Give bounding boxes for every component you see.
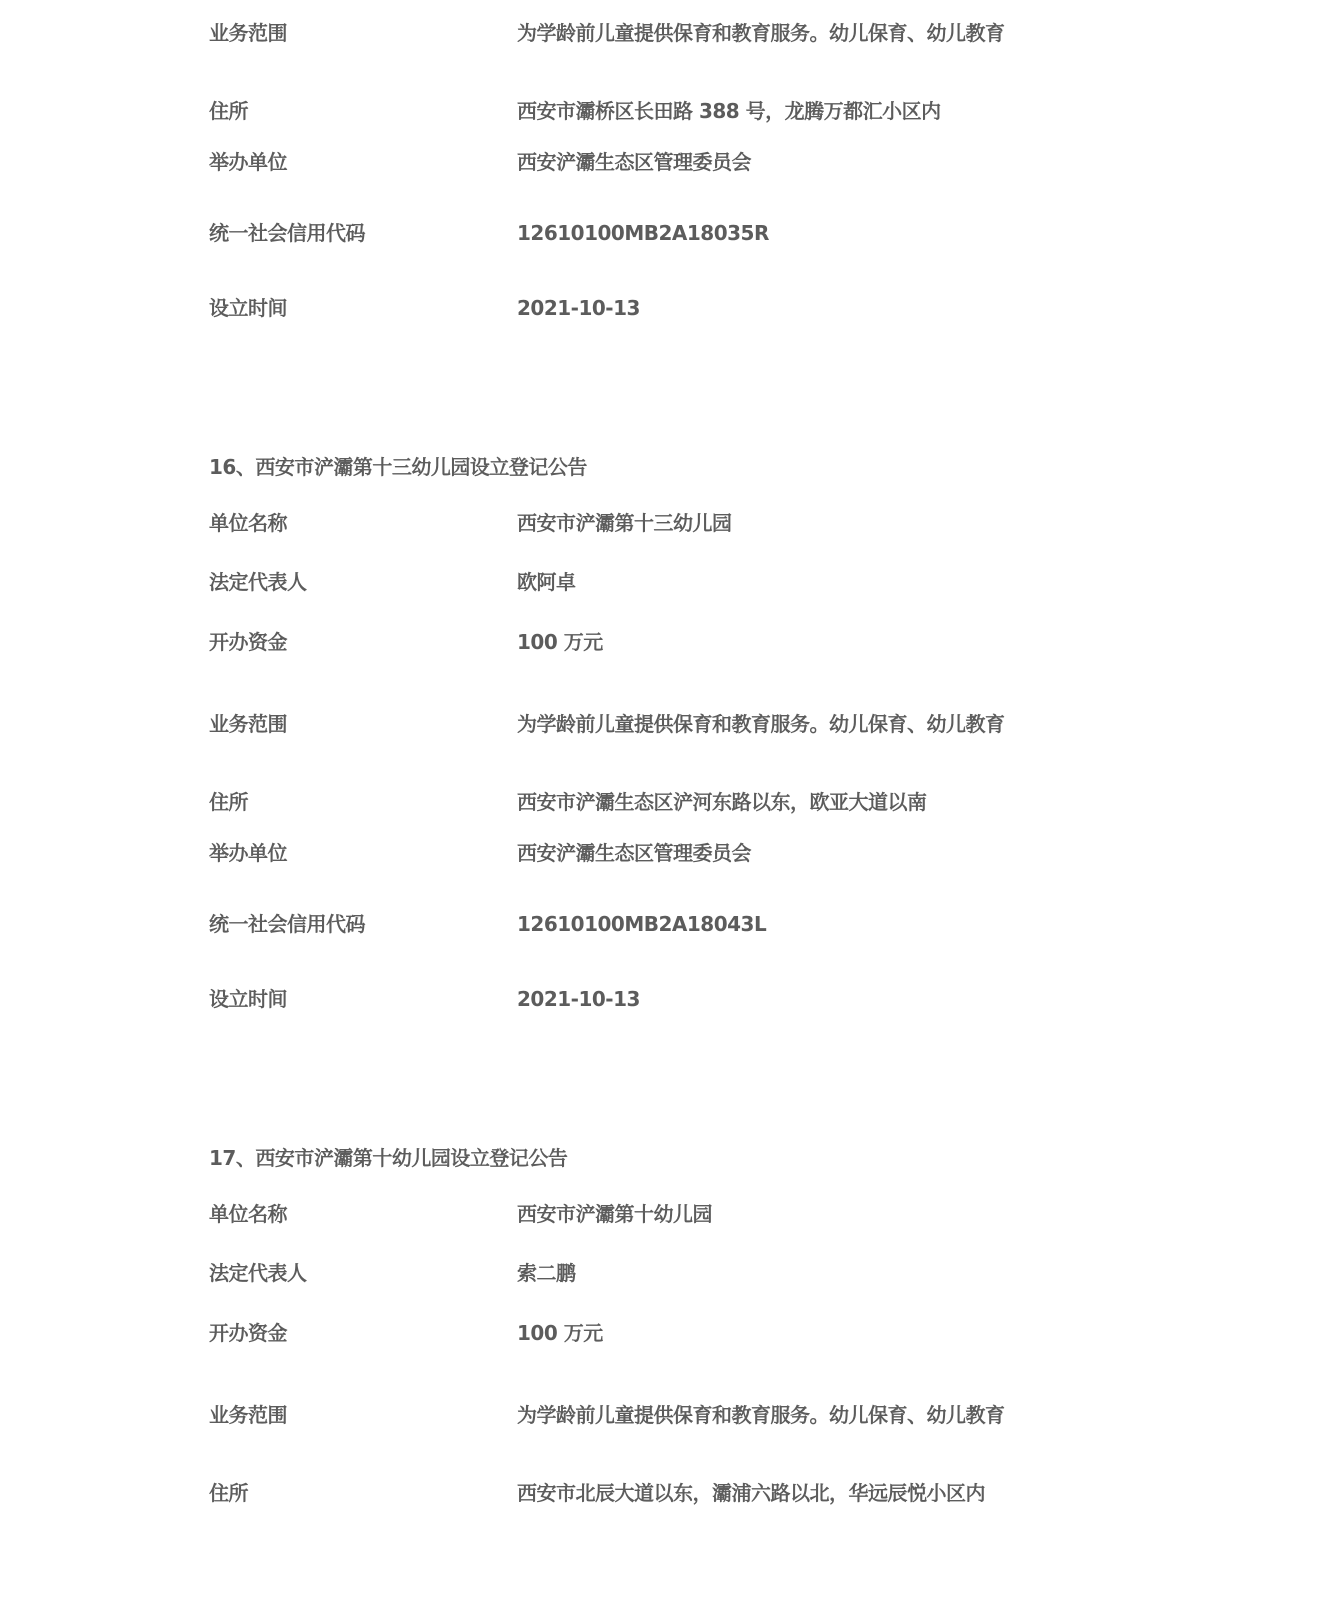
field-value: 索二鹏	[517, 1261, 576, 1285]
field-label: 法定代表人	[209, 570, 307, 594]
field-value: 西安浐灞生态区管理委员会	[517, 841, 751, 865]
field-label: 统一社会信用代码	[209, 912, 365, 936]
field-label: 业务范围	[209, 1403, 287, 1427]
field-value: 西安市浐灞生态区浐河东路以东，欧亚大道以南	[517, 790, 927, 814]
field-value: 100 万元	[517, 1321, 603, 1345]
field-value: 2021-10-13	[517, 987, 640, 1011]
field-label: 统一社会信用代码	[209, 221, 365, 245]
field-label: 开办资金	[209, 630, 287, 654]
field-label: 设立时间	[209, 987, 287, 1011]
field-label: 开办资金	[209, 1321, 287, 1345]
field-value: 2021-10-13	[517, 296, 640, 320]
field-label: 住所	[209, 1481, 248, 1505]
field-value: 12610100MB2A18043L	[517, 912, 766, 936]
section-title: 17、西安市浐灞第十幼儿园设立登记公告	[209, 1146, 567, 1170]
field-label: 业务范围	[209, 21, 287, 45]
field-value: 为学龄前儿童提供保育和教育服务。幼儿保育、幼儿教育	[517, 21, 1005, 45]
field-label: 举办单位	[209, 150, 287, 174]
field-label: 单位名称	[209, 511, 287, 535]
field-value: 100 万元	[517, 630, 603, 654]
field-value: 西安市浐灞第十幼儿园	[517, 1202, 712, 1226]
field-value: 西安市灞桥区长田路 388 号，龙腾万都汇小区内	[517, 99, 941, 123]
field-label: 举办单位	[209, 841, 287, 865]
field-label: 住所	[209, 99, 248, 123]
field-value: 为学龄前儿童提供保育和教育服务。幼儿保育、幼儿教育	[517, 712, 1005, 736]
field-value: 西安浐灞生态区管理委员会	[517, 150, 751, 174]
field-value: 为学龄前儿童提供保育和教育服务。幼儿保育、幼儿教育	[517, 1403, 1005, 1427]
field-value: 12610100MB2A18035R	[517, 221, 769, 245]
field-value: 欧阿卓	[517, 570, 576, 594]
field-label: 单位名称	[209, 1202, 287, 1226]
field-label: 住所	[209, 790, 248, 814]
field-value: 西安市浐灞第十三幼儿园	[517, 511, 732, 535]
field-label: 设立时间	[209, 296, 287, 320]
section-title: 16、西安市浐灞第十三幼儿园设立登记公告	[209, 455, 587, 479]
field-label: 业务范围	[209, 712, 287, 736]
field-label: 法定代表人	[209, 1261, 307, 1285]
field-value: 西安市北辰大道以东，灞浦六路以北，华远辰悦小区内	[517, 1481, 985, 1505]
